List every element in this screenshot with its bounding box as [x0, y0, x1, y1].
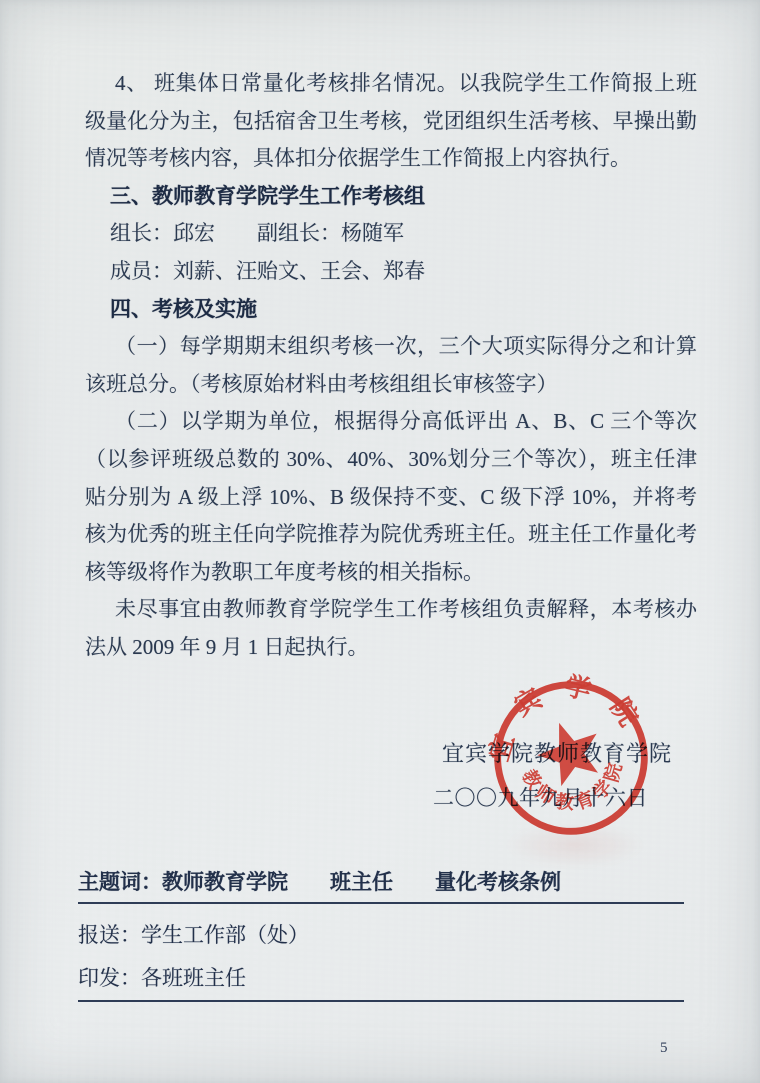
line-group-leaders: 组长：邱宏 副组长：杨随军 — [85, 215, 697, 253]
issued-to-row: 印发：各班班主任 — [78, 962, 684, 1002]
paragraph-item-two: （二）以学期为单位，根据得分高低评出 A、B、C 三个等次（以参评班级总数的 3… — [85, 403, 697, 591]
paragraph-quantified-ranking: 4、 班集体日常量化考核排名情况。以我院学生工作简报上班级量化分为主，包括宿舍卫… — [85, 65, 697, 178]
paragraph-effective-date: 未尽事宜由教师教育学院学生工作考核组负责解释，本考核办法从 2009 年 9 月… — [85, 591, 697, 666]
page-number: 5 — [660, 1040, 668, 1057]
subject-words-row: 主题词：教师教育学院 班主任 量化考核条例 — [78, 866, 684, 904]
subject-words-terms: 教师教育学院 班主任 量化考核条例 — [162, 870, 561, 894]
heading-assessment-group: 三、教师教育学院学生工作考核组 — [85, 178, 697, 216]
line-group-members: 成员：刘薪、汪贻文、王会、郑春 — [85, 253, 697, 291]
heading-assessment-implementation: 四、考核及实施 — [85, 291, 697, 329]
subject-words-label: 主题词： — [78, 870, 162, 894]
official-seal-icon: 宜宾学院 教师教育学院 — [472, 659, 671, 858]
scanned-document-page: { "page": { "number": "5" }, "body": { "… — [0, 0, 760, 1083]
report-to-row: 报送：学生工作部（处） — [78, 919, 684, 949]
document-body: 4、 班集体日常量化考核排名情况。以我院学生工作简报上班级量化分为主，包括宿舍卫… — [85, 65, 697, 667]
paragraph-item-one: （一）每学期期末组织考核一次，三个大项实际得分之和计算该班总分。（考核原始材料由… — [85, 328, 697, 403]
document-footer: 主题词：教师教育学院 班主任 量化考核条例 报送：学生工作部（处） 印发：各班班… — [78, 866, 684, 1002]
